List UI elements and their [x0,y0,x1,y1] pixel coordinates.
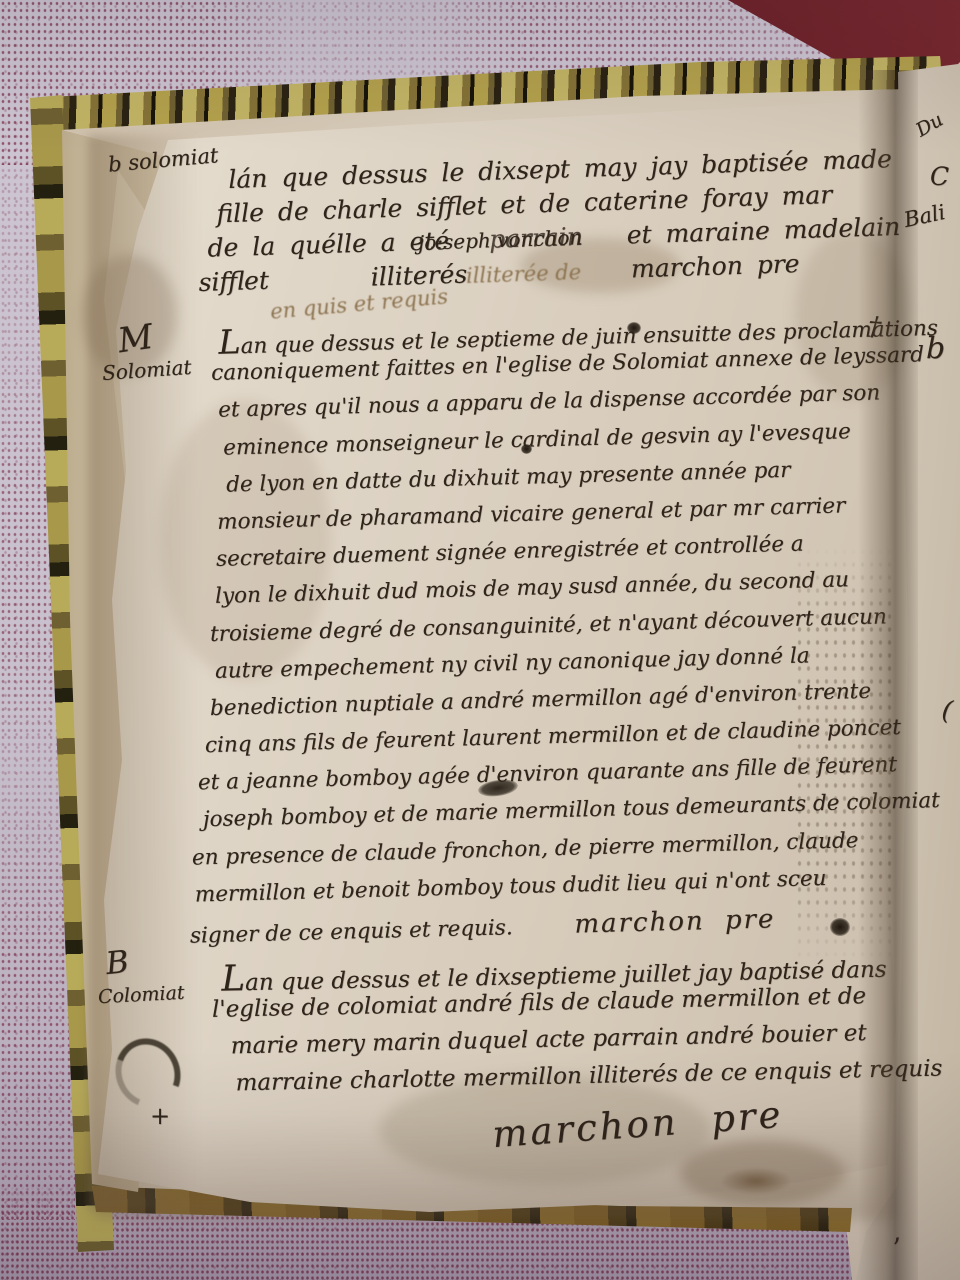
margin-note-record3: Colomiat [98,984,185,1008]
gutter-shadow [858,70,918,1280]
brown-smear [722,1168,790,1194]
record-marriage-entry: Lan que dessus et le septieme de juin en… [208,308,924,958]
photo-of-parish-register: + b solomiat M Solomiat B Colomiat lán q… [0,0,960,1280]
margin-initial-record3: B [104,947,130,980]
faded-overwritten-text: illiterée de [466,262,582,287]
margin-note-record2: Solomiat [101,357,192,383]
interline-correction: jo:seph vonchon [418,227,583,253]
priest-signature: marchon pre [631,251,800,281]
facing-page-fragment: C [930,164,949,189]
record-baptism-entry-2: Lan que dessus et le dixseptieme juillet… [203,947,916,1110]
facing-page-fragment: b [926,334,945,364]
cross-mark: + [150,1104,170,1128]
line-segment: signer de ce enquis et requis. [190,917,513,947]
priest-signature: marchon pre [574,906,776,937]
line-segment: illiterés [370,262,467,290]
margin-initial-record2: M [116,320,155,359]
line-segment: de la quélle a eté [207,228,449,261]
line-segment: sifflet [198,268,269,295]
